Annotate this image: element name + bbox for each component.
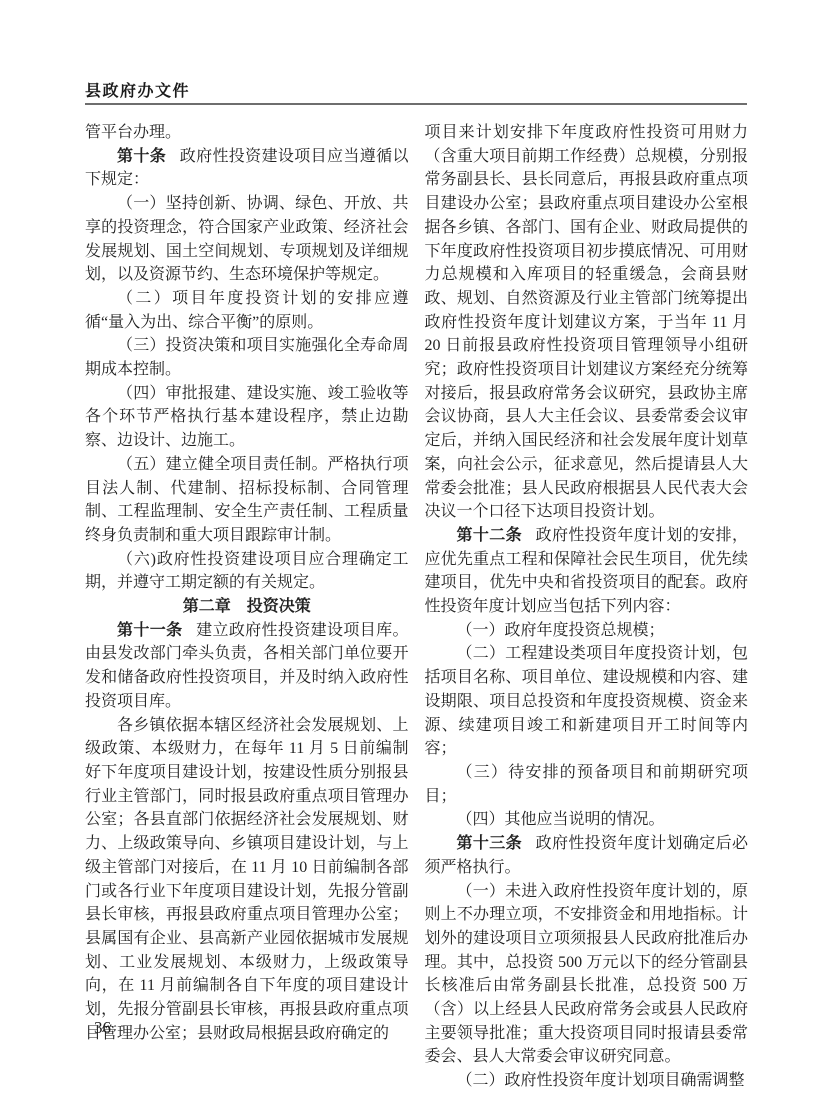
article-13-item-2: （二）政府性投资年度计划项目确需调整 bbox=[425, 1069, 749, 1093]
document-header-title: 县政府办文件 bbox=[85, 78, 190, 101]
two-column-body: 管平台办理。 第十条政府性投资建设项目应当遵循以下规定： （一）坚持创新、协调、… bbox=[85, 121, 748, 1093]
header-divider bbox=[85, 103, 747, 105]
article-13-number: 第十三条 bbox=[457, 835, 522, 852]
article-10-number: 第十条 bbox=[117, 148, 166, 165]
article-12-number: 第十二条 bbox=[457, 527, 522, 544]
page-number: 36 bbox=[94, 1018, 111, 1038]
article-10-item-2: （二）项目年度投资计划的安排应遵循“量入为出、综合平衡”的原则。 bbox=[85, 287, 409, 334]
carryover-line: 管平台办理。 bbox=[85, 121, 409, 145]
article-12-item-1: （一）政府年度投资总规模； bbox=[425, 619, 749, 643]
article-12-item-4: （四）其他应当说明的情况。 bbox=[425, 808, 749, 832]
article-12-item-2: （二）工程建设类项目年度投资计划，包括项目名称、项目单位、建设规模和内容、建设期… bbox=[425, 642, 749, 761]
carryover-para: 项目来计划安排下年度政府性投资可用财力（含重大项目前期工作经费）总规模，分别报常… bbox=[425, 121, 749, 524]
article-11-number: 第十一条 bbox=[117, 622, 182, 639]
article-10-item-4: （四）审批报建、建设实施、竣工验收等各个环节严格执行基本建设程序，禁止边勘察、边… bbox=[85, 382, 409, 453]
article-10-item-3: （三）投资决策和项目实施强化全寿命周期成本控制。 bbox=[85, 334, 409, 381]
document-page: 县政府办文件 管平台办理。 第十条政府性投资建设项目应当遵循以下规定： （一）坚… bbox=[0, 0, 816, 1099]
article-10-item-1: （一）坚持创新、协调、绿色、开放、共享的投资理念，符合国家产业政策、经济社会发展… bbox=[85, 192, 409, 287]
article-12-item-3: （三）待安排的预备项目和前期研究项目； bbox=[425, 761, 749, 808]
article-11: 第十一条建立政府性投资建设项目库。由县发改部门牵头负责，各相关部门单位要开发和储… bbox=[85, 619, 409, 714]
right-column: 项目来计划安排下年度政府性投资可用财力（含重大项目前期工作经费）总规模，分别报常… bbox=[425, 121, 749, 1093]
left-column: 管平台办理。 第十条政府性投资建设项目应当遵循以下规定： （一）坚持创新、协调、… bbox=[85, 121, 409, 1093]
article-10: 第十条政府性投资建设项目应当遵循以下规定： bbox=[85, 145, 409, 192]
article-13-item-1: （一）未进入政府性投资年度计划的，原则上不办理立项，不安排资金和用地指标。计划外… bbox=[425, 880, 749, 1070]
article-13: 第十三条政府性投资年度计划确定后必须严格执行。 bbox=[425, 832, 749, 879]
article-12: 第十二条政府性投资年度计划的安排，应优先重点工程和保障社会民生项目，优先续建项目… bbox=[425, 524, 749, 619]
article-11-para-2: 各乡镇依据本辖区经济社会发展规划、上级政策、本级财力，在每年 11 月 5 日前… bbox=[85, 714, 409, 1046]
article-10-item-5: （五）建立健全项目责任制。严格执行项目法人制、代建制、招标投标制、合同管理制、工… bbox=[85, 453, 409, 548]
chapter-2-heading: 第二章 投资决策 bbox=[85, 595, 409, 619]
article-10-item-6: （六)政府性投资建设项目应合理确定工期，并遵守工期定额的有关规定。 bbox=[85, 548, 409, 595]
